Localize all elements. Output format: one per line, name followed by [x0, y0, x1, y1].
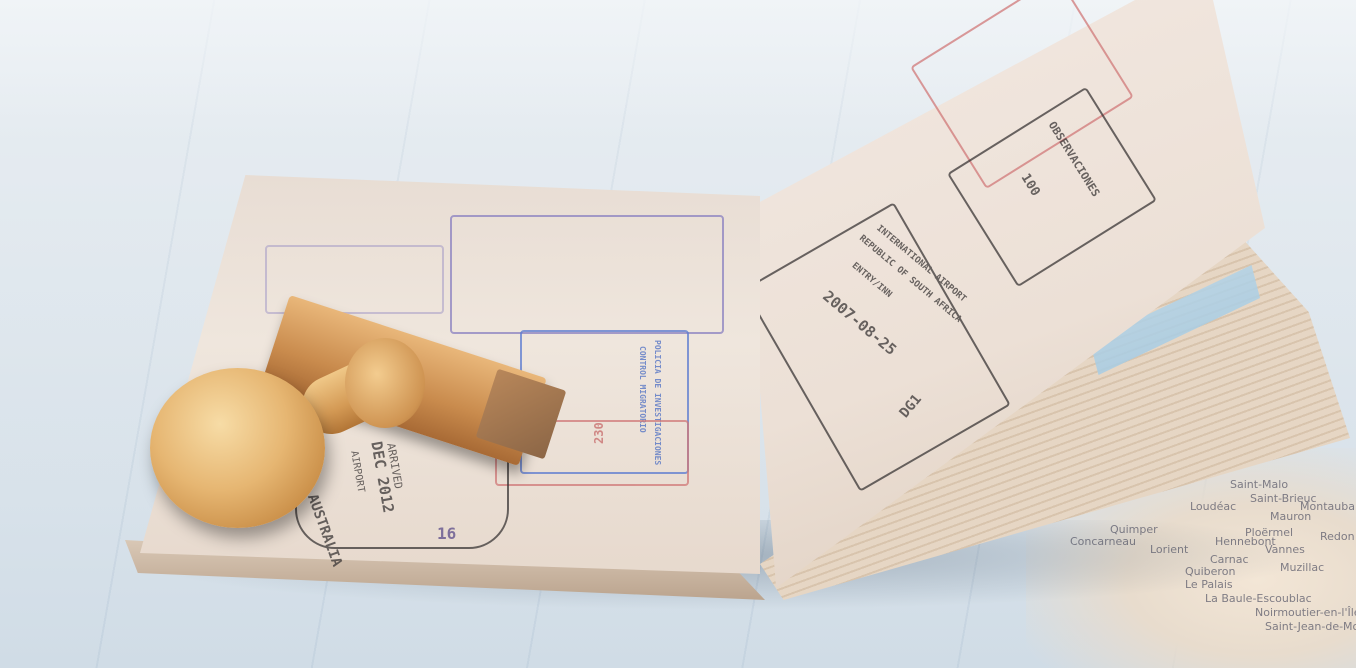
photo-scene: Saint-Malo Saint-Brieuc Loudéac Mauron P… [0, 0, 1356, 668]
stamp-purple-entry [450, 215, 724, 334]
stamp-text: OBSERVACIONES [1046, 119, 1103, 199]
stamp-code: 230 [592, 422, 606, 444]
map-label: Redon [1320, 530, 1355, 543]
map-label: Montauban [1300, 500, 1356, 513]
stamp-airport: AIRPORT [348, 450, 366, 493]
map-label: Loudéac [1190, 500, 1236, 513]
rubber-stamp-handle [150, 368, 325, 528]
map-label: Saint-Jean-de-Monts [1265, 620, 1356, 633]
stamp-code: DG1 [897, 391, 926, 421]
rubber-stamp-collar [345, 338, 425, 428]
map-label: Saint-Malo [1230, 478, 1288, 491]
stamp-code: 100 [1018, 171, 1043, 199]
stamp-number: 16 [437, 524, 456, 543]
